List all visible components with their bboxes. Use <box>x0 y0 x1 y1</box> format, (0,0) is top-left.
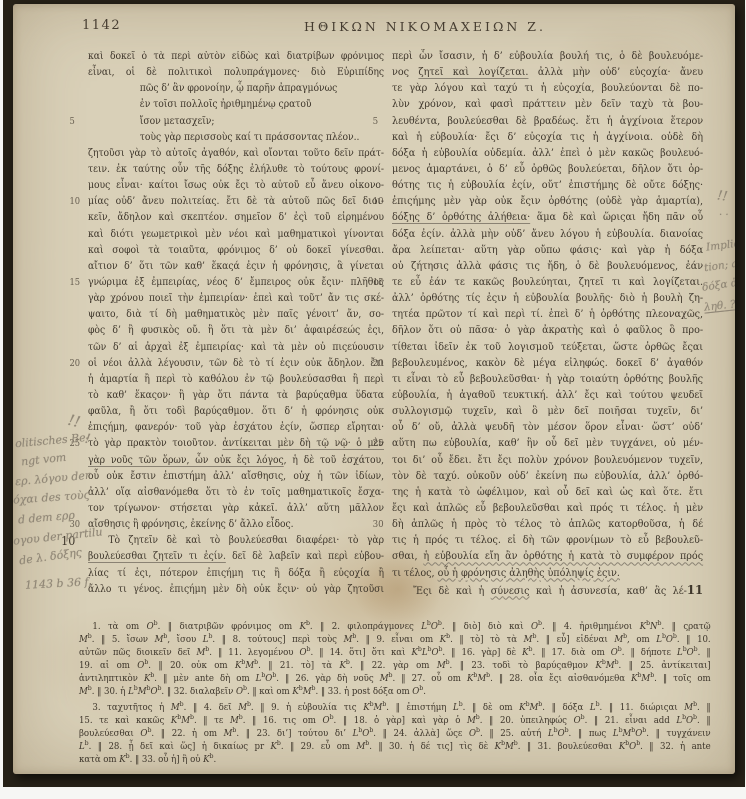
text-column-left: καὶ δοκεῖ ὁ τὰ περὶ αὑτὸν εἰδὼς καὶ διατ… <box>88 49 384 598</box>
text-segment: εἶναι, οἱ δὲ πολιτικοὶ πολυπράγμονες· δι… <box>88 67 384 78</box>
text-segment: καὶ ἡ εὐβουλία· ἔςι δ’ εὐςοχία τις ἡ ἀγχ… <box>392 132 703 143</box>
apparatus-line: 19. αἱ om Ob. ‖ 20. οὐκ om KbMb. ‖ 21. τ… <box>79 660 711 673</box>
text-segment: ἴσον μετασχεῖν; <box>140 116 215 127</box>
text-segment: τίθεται ἰδεῖν ἐκ τοῦ λογισμοῦ τεύξεται, … <box>392 342 703 353</box>
text-line: τειν. ἐκ ταύτης οὖν τῆς δόξης ἐλήλυθε τὸ… <box>88 162 384 178</box>
text-line: 5ἴσον μετασχεῖν; <box>88 114 384 130</box>
apparatus-line: Mb. ‖ 30. ἡ LbMbOb. ‖ 32. διαλαβεῖν Ob. … <box>79 686 711 699</box>
apparatus-line: 3. ταχυτῆτος ἡ Mb. ‖ 4. δεῖ Mb. ‖ 9. ἡ ε… <box>79 702 711 715</box>
apparatus-line: βουλεύεσθαι Ob. ‖ 22. ἡ om Mb. ‖ 23. δι’… <box>79 728 711 741</box>
text-line: τίθεται ἰδεῖν ἐκ τοῦ λογισμοῦ τεύξεται, … <box>392 340 703 356</box>
text-line: 15τε εὖ ἐάν τε κακῶς βουλεύηται, ζητεῖ τ… <box>392 275 703 291</box>
text-line: ἐπιςήμη, φανερόν· τοῦ γὰρ ἐσχάτου ἐςίν, … <box>88 420 384 436</box>
text-segment: ἐπιςήμης μὲν γὰρ οὐκ ἔςιν ὀρθότης (οὐδὲ … <box>392 196 703 207</box>
text-segment: λὺν χρόνον, καὶ φασὶ πράττειν μὲν δεῖν τ… <box>392 99 703 110</box>
text-segment: καὶ σοφοὶ τὰ τοιαῦτα, φρόνιμος δ’ οὐ δοκ… <box>88 245 384 256</box>
text-line: τὸ καθ’ ἕκαςον· ἢ γὰρ ὅτι πάντα τὰ βαρύς… <box>88 388 384 404</box>
text-line: ἀλλ’ ὀρθότης τίς ἐςιν ἡ εὐβουλία βουλῆς·… <box>392 291 703 307</box>
text-segment: δῆλον ὅτι οὐ πᾶσα· ὁ γὰρ ἀκρατὴς καὶ ὁ φ… <box>392 325 703 336</box>
text-segment: τι εἶναι τὸ εὖ βεβουλεῦσθαι· ἡ γὰρ τοιαύ… <box>392 374 703 385</box>
pencil-underlined-text: δόξης δ’ ὀρθότης ἀλήθεια· <box>392 212 530 223</box>
text-segment: περὶ ὧν ἴσασιν, ἡ δ’ εὐβουλία βουλή τις,… <box>392 51 703 62</box>
running-title: ΗΘΙΚΩΝ ΝΙΚΟΜΑΧΕΙΩΝ Ζ. <box>280 19 570 34</box>
text-line: 25τὸ γὰρ πρακτὸν τοιοῦτον. ἀντίκειται μὲ… <box>88 436 384 452</box>
text-segment: ἀλλὰ μὴν οὐδ’ εὐςοχία· ἄνευ <box>528 67 703 78</box>
text-line: θότης τις ἡ εὐβουλία ἐςίν, οὔτ’ ἐπιστήμη… <box>392 178 703 194</box>
text-segment: τητέα πρῶτον τί καὶ περὶ τί. ἐπεὶ δ’ ἡ ὀ… <box>392 309 703 320</box>
text-segment: δὴ ἁπλῶς ἡ πρὸς τὸ τέλος τὸ ἁπλῶς κατορθ… <box>392 519 703 530</box>
apparatus-line: Lb. ‖ 28. ᾗ δεῖ καὶ ὥς] ἡ δικαίως pr Kb.… <box>79 741 711 754</box>
text-line: τητέα πρῶτον τί καὶ περὶ τί. ἐπεὶ δ’ ἡ ὀ… <box>392 307 703 323</box>
text-segment: ἡ ἁμαρτία ἢ περὶ τὸ καθόλου ἐν τῷ βουλεύ… <box>88 374 384 385</box>
text-line: νος ζητεῖ καὶ λογίζεται. ἀλλὰ μὴν οὐδ’ ε… <box>392 65 703 81</box>
text-line: Ἔςι δὲ καὶ ἡ σύνεσις καὶ ἡ ἀσυνεσία, καθ… <box>392 582 703 598</box>
apparatus-line: κατὰ om Kb. ‖ 33. οὗ ἡ] ἢ οὐ Kb. <box>79 754 711 767</box>
pencil-note: d dem ερρ <box>18 509 76 527</box>
text-line: γὰρ νοῦς τῶν ὅρων, ὧν οὐκ ἔςι λόγος, ἡ δ… <box>88 453 384 469</box>
bekker-line-number: 25 <box>373 437 389 452</box>
text-line: 10μίας οὐδ’ ἄνευ πολιτείας. ἔτι δὲ τὰ αὑ… <box>88 194 384 210</box>
text-line: κεῖν, ἄδηλον καὶ σκεπτέον. σημεῖον δ’ ἐς… <box>88 210 384 226</box>
text-segment: ψαιτο, διὰ τί δὴ μαθηματικὸς μὲν παῖς γέ… <box>88 309 384 320</box>
book-page: 1142 ΗΘΙΚΩΝ ΝΙΚΟΜΑΧΕΙΩΝ Ζ. καὶ δοκεῖ ὁ τ… <box>13 4 735 774</box>
text-line: ζητοῦσι γὰρ τὸ αὑτοῖς ἀγαθόν, καὶ οἴοντα… <box>88 146 384 162</box>
text-segment: ἐπιςήμη, φανερόν· τοῦ γὰρ ἐσχάτου ἐςίν, … <box>88 422 384 433</box>
text-segment: λίας τί ἐςι, πότερον ἐπιςήμη τις ἢ δόξα … <box>88 568 384 579</box>
text-line: ἄλλο τι γένος. ἐπιςήμη μὲν δὴ οὐκ ἔςιν· … <box>88 582 384 598</box>
pencil-underlined-text: βουλεύεσθαι ζητεῖν τι ἐςίν. <box>88 551 226 562</box>
text-line: ἄρα λείπεται· αὕτη γὰρ οὔπω φάσις· καὶ γ… <box>392 243 703 259</box>
text-line: σθαι, ἡ εὐβουλία εἴη ἂν ὀρθότης ἡ κατὰ τ… <box>392 549 703 565</box>
text-segment: τον τρίγωνον· στήσεται γὰρ κἀκεῖ. ἀλλ’ α… <box>88 503 384 514</box>
pencil-underlined-text: σύνεσις <box>491 586 530 597</box>
text-segment: συλλογισμῷ τυχεῖν, καὶ ὃ μὲν δεῖ ποιῆσαι… <box>392 406 703 417</box>
text-line: ἡ ἁμαρτία ἢ περὶ τὸ καθόλου ἐν τῷ βουλεύ… <box>88 372 384 388</box>
pencil-underlined-text: ἡ εὐβουλία εἴη ἂν ὀρθότης ἡ κατὰ τὸ συμφ… <box>423 551 703 562</box>
text-line: αἴτιον δ’ ὅτι τῶν καθ’ ἕκαςά ἐςιν ἡ φρόν… <box>88 259 384 275</box>
text-segment: τὸ καθ’ ἕκαςον· ἢ γὰρ ὅτι πάντα τὰ βαρύς… <box>88 390 384 401</box>
text-line: τοι δι’ οὗ ἔδει. ἔτι ἔςι πολὺν χρόνον βο… <box>392 453 703 469</box>
text-line: οὗ δ’ οὔ, ἀλλὰ ψευδῆ τὸν μέσον ὅρον εἶνα… <box>392 420 703 436</box>
text-line: ἐν τοῖσι πολλοῖς ἠριθμημένῳ ςρατοῦ <box>88 97 384 113</box>
text-segment: δεῖ δὲ λαβεῖν καὶ περὶ εὐβου- <box>226 551 384 562</box>
text-segment: πῶς δ’ ἂν φρονοίην, ᾧ παρῆν ἀπραγμόνως <box>140 83 337 94</box>
text-line: τι τέλος, οὗ ἡ φρόνησις ἀληθὴς ὑπόληψίς … <box>392 566 703 582</box>
pencil-note: όχαι des τοὺς <box>13 488 90 506</box>
text-segment: τε γὰρ λόγου καὶ ταχύ τι ἡ εὐςοχία, βουλ… <box>392 83 703 94</box>
text-segment: εὐβουλία, ἡ ἀγαθοῦ τευκτική. ἀλλ’ ἔςι κα… <box>392 390 703 401</box>
text-line: καὶ σοφοὶ τὰ τοιαῦτα, φρόνιμος δ’ οὐ δοκ… <box>88 243 384 259</box>
pencil-note: 1143 b 36 f, <box>25 575 92 591</box>
apparatus-criticus: 1. τὰ om Ob. ‖ διατριβῶν φρόνιμος om Kb.… <box>79 621 711 767</box>
text-segment: τε εὖ ἐάν τε κακῶς βουλεύηται, ζητεῖ τι … <box>392 277 703 288</box>
text-segment: δόξα ἐςίν. ἀλλὰ μὴν οὐδ’ ἄνευ λόγου ἡ εὐ… <box>392 229 703 240</box>
text-line: τε γὰρ λόγου καὶ ταχύ τι ἡ εὐςοχία, βουλ… <box>392 81 703 97</box>
text-segment: τι τέλος, <box>392 568 438 579</box>
text-line: τις ἡ πρός τι τέλος. εἰ δὴ τῶν φρονίμων … <box>392 533 703 549</box>
text-line: της ἡ κατὰ τὸ ὠφέλιμον, καὶ οὗ δεῖ καὶ ὡ… <box>392 485 703 501</box>
text-segment: τῶν δ’ αἱ ἀρχαὶ ἐξ ἐμπειρίας· καὶ τὰ μὲν… <box>88 342 384 353</box>
text-segment: Τὸ ζητεῖν δὲ καὶ τὸ βουλεύεσθαι διαφέρει… <box>108 535 384 546</box>
text-segment: λευθέντα, βουλεύεσθαι δὲ βραδέως. ἔτι ἡ … <box>392 116 703 127</box>
text-segment: σθαι, <box>392 551 423 562</box>
text-segment: δόξα ἡ εὐβουλία οὐδεμία. ἀλλ’ ἐπεὶ ὁ μὲν… <box>392 148 703 159</box>
apparatus-line: 1. τὰ om Ob. ‖ διατριβῶν φρόνιμος om Kb.… <box>79 621 711 634</box>
text-line: 30αἴσθησις ἢ φρόνησις, ἐκείνης δ’ ἄλλο ε… <box>88 517 384 533</box>
text-segment: μίας οὐδ’ ἄνευ πολιτείας. ἔτι δὲ τὰ αὑτο… <box>88 196 384 207</box>
page-number: 1142 <box>82 18 121 33</box>
text-segment: νος <box>392 67 418 78</box>
text-segment: ἄλλο τι γένος. ἐπιςήμη μὲν δὴ οὐκ ἔςιν· … <box>88 584 384 595</box>
text-segment: καὶ ἡ ἀσυνεσία, καθ’ ἃς λέ- <box>530 586 687 597</box>
text-segment: οὐ ζήτησις ἀλλὰ φάσις τις ἤδη, ὁ δὲ βουλ… <box>392 261 703 272</box>
text-line: τον τρίγωνον· στήσεται γὰρ κἀκεῖ. ἀλλ’ α… <box>88 501 384 517</box>
text-line: φαῦλα, ἢ ὅτι τοδὶ βαρύςαθμον. ὅτι δ’ ἡ φ… <box>88 404 384 420</box>
text-line: 30δὴ ἁπλῶς ἡ πρὸς τὸ τέλος τὸ ἁπλῶς κατο… <box>392 517 703 533</box>
text-segment: τὸν δὲ ταχύ. οὐκοῦν οὐδ’ ἐκείνη πω εὐβου… <box>392 471 703 482</box>
text-segment: κεῖν, ἄδηλον καὶ σκεπτέον. σημεῖον δ’ ἐς… <box>88 212 384 223</box>
pencil-underlined-text: ἀντίκειται μὲν δὴ τῷ νῷ· ὁ μὲν <box>222 438 384 449</box>
pencil-note: ληθ. ? <box>703 298 735 313</box>
text-line: φὸς δ’ ἢ φυσικὸς οὔ. ἢ ὅτι τὰ μὲν δι’ ἀφ… <box>88 323 384 339</box>
bekker-line-number: 15 <box>373 276 389 291</box>
text-segment: της ἡ κατὰ τὸ ὠφέλιμον, καὶ οὗ δεῖ καὶ ὡ… <box>392 487 703 498</box>
text-line: ψαιτο, διὰ τί δὴ μαθηματικὸς μὲν παῖς γέ… <box>88 307 384 323</box>
pencil-note: !! <box>66 411 82 431</box>
text-line: περὶ ὧν ἴσασιν, ἡ δ’ εὐβουλία βουλή τις,… <box>392 49 703 65</box>
text-segment: τὸ γὰρ πρακτὸν τοιοῦτον. <box>88 438 222 449</box>
text-line: πῶς δ’ ἂν φρονοίην, ᾧ παρῆν ἀπραγμόνως <box>88 81 384 97</box>
bekker-line-number: 5 <box>373 115 389 130</box>
text-line: καὶ δοκεῖ ὁ τὰ περὶ αὑτὸν εἰδὼς καὶ διατ… <box>88 49 384 65</box>
chapter-number: 11 <box>687 583 703 597</box>
text-line: καὶ ἡ εὐβουλία· ἔςι δ’ εὐςοχία τις ἡ ἀγχ… <box>392 130 703 146</box>
text-line: μους εἶναι· καίτοι ἴσως οὐκ ἔςι τὸ αὑτοῦ… <box>88 178 384 194</box>
text-segment: Ἔςι δὲ καὶ ἡ <box>413 586 490 597</box>
text-segment: γνώριμα ἐξ ἐμπειρίας, νέος δ’ ἔμπειρος ο… <box>88 277 384 288</box>
text-line: γὰρ χρόνου ποιεῖ τὴν ἐμπειρίαν· ἐπεὶ καὶ… <box>88 291 384 307</box>
text-segment: ἄρα λείπεται· αὕτη γὰρ οὔπω φάσις· καὶ γ… <box>392 245 703 256</box>
text-line: 20οἱ νέοι ἀλλὰ λέγουσιν, τῶν δὲ τὸ τί ἐς… <box>88 356 384 372</box>
apparatus-line: 15. τε καὶ κακῶς KbMb. ‖ τε Mb. ‖ 16. τι… <box>79 715 711 728</box>
text-line: 10Τὸ ζητεῖν δὲ καὶ τὸ βουλεύεσθαι διαφέρ… <box>88 533 384 549</box>
text-line: τῶν δ’ αἱ ἀρχαὶ ἐξ ἐμπειρίας· καὶ τὰ μὲν… <box>88 340 384 356</box>
text-segment: αὕτη πω εὐβουλία, καθ’ ἣν οὗ δεῖ μὲν τυγ… <box>392 438 703 449</box>
pencil-note: tion; alle <box>703 256 735 274</box>
text-line: ἔςι καὶ ἁπλῶς εὖ βεβουλεῦσθαι καὶ πρός τ… <box>392 501 703 517</box>
text-segment: αἴτιον δ’ ὅτι τῶν καθ’ ἕκαςά ἐςιν ἡ φρόν… <box>88 261 384 272</box>
bekker-line-number: 10 <box>373 195 389 210</box>
pencil-underlined-text: οὗ ἡ φρόνησις ἀληθὴς ὑπόληψίς ἐςιν. <box>438 568 620 579</box>
text-segment: καὶ δοκεῖ ὁ τὰ περὶ αὑτὸν εἰδὼς καὶ διατ… <box>88 51 384 62</box>
pencil-note: ερ. λόγου der <box>15 469 91 489</box>
pencil-note: ngt vom <box>20 451 66 469</box>
pencil-underlined-text: γὰρ νοῦς τῶν ὅρων, ὧν οὐκ ἔςι λόγος <box>88 455 284 466</box>
bekker-line-number: 20 <box>70 357 86 372</box>
pencil-underlined-text: ζητεῖ καὶ λογίζεται. <box>418 67 528 78</box>
text-segment: τειν. ἐκ ταύτης οὖν τῆς δόξης ἐλήλυθε τὸ… <box>88 164 384 175</box>
text-segment: τοι δι’ οὗ ἔδει. ἔτι ἔςι πολὺν χρόνον βο… <box>392 455 703 466</box>
text-line: εἶναι, οἱ δὲ πολιτικοὶ πολυπράγμονες· δι… <box>88 65 384 81</box>
bekker-line-number: 20 <box>373 357 389 372</box>
text-line: οὐ ζήτησις ἀλλὰ φάσις τις ἤδη, ὁ δὲ βουλ… <box>392 259 703 275</box>
bekker-line-number: 5 <box>70 115 86 130</box>
text-line: δόξης δ’ ὀρθότης ἀλήθεια· ἅμα δὲ καὶ ὥρι… <box>392 210 703 226</box>
text-segment: μενος ἁμαρτάνει, ὁ δ’ εὖ ὀρθῶς βουλεύετα… <box>392 164 703 175</box>
text-segment: μους εἶναι· καίτοι ἴσως οὐκ ἔςι τὸ αὑτοῦ… <box>88 180 384 191</box>
text-segment: , ἡ δὲ τοῦ ἐσχάτου, <box>284 455 384 466</box>
text-line: 15γνώριμα ἐξ ἐμπειρίας, νέος δ’ ἔμπειρος… <box>88 275 384 291</box>
text-line: 25αὕτη πω εὐβουλία, καθ’ ἣν οὗ δεῖ μὲν τ… <box>392 436 703 452</box>
text-line: 10ἐπιςήμης μὲν γὰρ οὐκ ἔςιν ὀρθότης (οὐδ… <box>392 194 703 210</box>
text-segment: ἐν τοῖσι πολλοῖς ἠριθμημένῳ ςρατοῦ <box>140 99 312 110</box>
text-line: οὗ οὐκ ἔστιν ἐπιστήμη ἀλλ’ αἴσθησις, οὐχ… <box>88 469 384 485</box>
bekker-line-number: 10 <box>70 195 86 210</box>
pencil-note: !! <box>716 188 728 204</box>
pencil-note: de λ. δόξης <box>18 546 82 568</box>
pencil-note: δόξα ἀ- <box>701 276 735 293</box>
text-column-right: περὶ ὧν ἴσασιν, ἡ δ’ εὐβουλία βουλή τις,… <box>392 49 703 598</box>
bekker-line-number: 15 <box>70 276 86 291</box>
text-segment: ἅμα δὲ καὶ ὥριςαι ἤδη πᾶν οὗ <box>530 212 703 223</box>
text-segment: οὗ οὐκ ἔστιν ἐπιστήμη ἀλλ’ αἴσθησις, οὐχ… <box>88 471 384 482</box>
text-segment: καὶ διότι γεωμετρικοὶ μὲν νέοι καὶ μαθημ… <box>88 229 384 240</box>
text-segment: φὸς δ’ ἢ φυσικὸς οὔ. ἢ ὅτι τὰ μὲν δι’ ἀφ… <box>88 325 384 336</box>
text-line: συλλογισμῷ τυχεῖν, καὶ ὃ μὲν δεῖ ποιῆσαι… <box>392 404 703 420</box>
text-line: καὶ διότι γεωμετρικοὶ μὲν νέοι καὶ μαθημ… <box>88 227 384 243</box>
text-segment: θότης τις ἡ εὐβουλία ἐςίν, οὔτ’ ἐπιστήμη… <box>392 180 703 191</box>
text-line: λὺν χρόνον, καὶ φασὶ πράττειν μὲν δεῖν τ… <box>392 97 703 113</box>
apparatus-line: Mb. ‖ 5. ἴσων Mb, ἴσου Lb. ‖ 8. τούτους]… <box>79 634 711 647</box>
text-line: τοὺς γὰρ περισσοὺς καί τι πράσσοντας πλέ… <box>88 130 384 146</box>
text-segment: οἱ νέοι ἀλλὰ λέγουσιν, τῶν δὲ τὸ τί ἐςιν… <box>88 358 384 369</box>
pencil-note: Implica- <box>705 236 735 253</box>
text-line: δόξα ἐςίν. ἀλλὰ μὴν οὐδ’ ἄνευ λόγου ἡ εὐ… <box>392 227 703 243</box>
scanned-book-screenshot: { "header": { "page_number": "1142", "ru… <box>0 0 746 799</box>
text-segment: τοὺς γὰρ περισσοὺς καί τι πράσσοντας πλέ… <box>140 132 360 143</box>
text-segment: αἴσθησις ἢ φρόνησις, ἐκείνης δ’ ἄλλο εἶδ… <box>88 519 294 530</box>
text-segment: τις ἡ πρός τι τέλος. εἰ δὴ τῶν φρονίμων … <box>392 535 703 546</box>
apparatus-line: ἀντιληπτικὸν Kb. ‖ μὲν ante δὴ om LbOb. … <box>79 673 711 686</box>
text-line: 20βεβουλευμένος, κακὸν δὲ μέγα εἰληφώς. … <box>392 356 703 372</box>
text-segment: ζητοῦσι γὰρ τὸ αὑτοῖς ἀγαθόν, καὶ οἴοντα… <box>88 148 384 159</box>
text-line: βουλεύεσθαι ζητεῖν τι ἐςίν. δεῖ δὲ λαβεῖ… <box>88 549 384 565</box>
text-line: δόξα ἡ εὐβουλία οὐδεμία. ἀλλ’ ἐπεὶ ὁ μὲν… <box>392 146 703 162</box>
text-segment: ἔςι καὶ ἁπλῶς εὖ βεβουλεῦσθαι καὶ πρός τ… <box>392 503 703 514</box>
text-line: ἀλλ’ οἵᾳ αἰσθανόμεθα ὅτι τὸ ἐν τοῖς μαθη… <box>88 485 384 501</box>
text-segment: οὗ δ’ οὔ, ἀλλὰ ψευδῆ τὸν μέσον ὅρον εἶνα… <box>392 422 703 433</box>
text-line: δῆλον ὅτι οὐ πᾶσα· ὁ γὰρ ἀκρατὴς καὶ ὁ φ… <box>392 323 703 339</box>
text-segment: γὰρ χρόνου ποιεῖ τὴν ἐμπειρίαν· ἐπεὶ καὶ… <box>88 293 384 304</box>
bekker-line-number: 30 <box>373 518 389 533</box>
text-line: 5λευθέντα, βουλεύεσθαι δὲ βραδέως. ἔτι ἡ… <box>392 114 703 130</box>
pencil-note: . . <box>719 207 729 218</box>
text-segment: φαῦλα, ἢ ὅτι τοδὶ βαρύςαθμον. ὅτι δ’ ἡ φ… <box>88 406 384 417</box>
text-line: τὸν δὲ ταχύ. οὐκοῦν οὐδ’ ἐκείνη πω εὐβου… <box>392 469 703 485</box>
text-line: μενος ἁμαρτάνει, ὁ δ’ εὖ ὀρθῶς βουλεύετα… <box>392 162 703 178</box>
text-line: λίας τί ἐςι, πότερον ἐπιςήμη τις ἢ δόξα … <box>88 566 384 582</box>
text-line: τι εἶναι τὸ εὖ βεβουλεῦσθαι· ἡ γὰρ τοιαύ… <box>392 372 703 388</box>
text-line: εὐβουλία, ἡ ἀγαθοῦ τευκτική. ἀλλ’ ἔςι κα… <box>392 388 703 404</box>
text-segment: ἀλλ’ ὀρθότης τίς ἐςιν ἡ εὐβουλία βουλῆς·… <box>392 293 703 304</box>
text-segment: βεβουλευμένος, κακὸν δὲ μέγα εἰληφώς. δο… <box>392 358 703 369</box>
text-segment: ἀλλ’ οἵᾳ αἰσθανόμεθα ὅτι τὸ ἐν τοῖς μαθη… <box>88 487 384 498</box>
